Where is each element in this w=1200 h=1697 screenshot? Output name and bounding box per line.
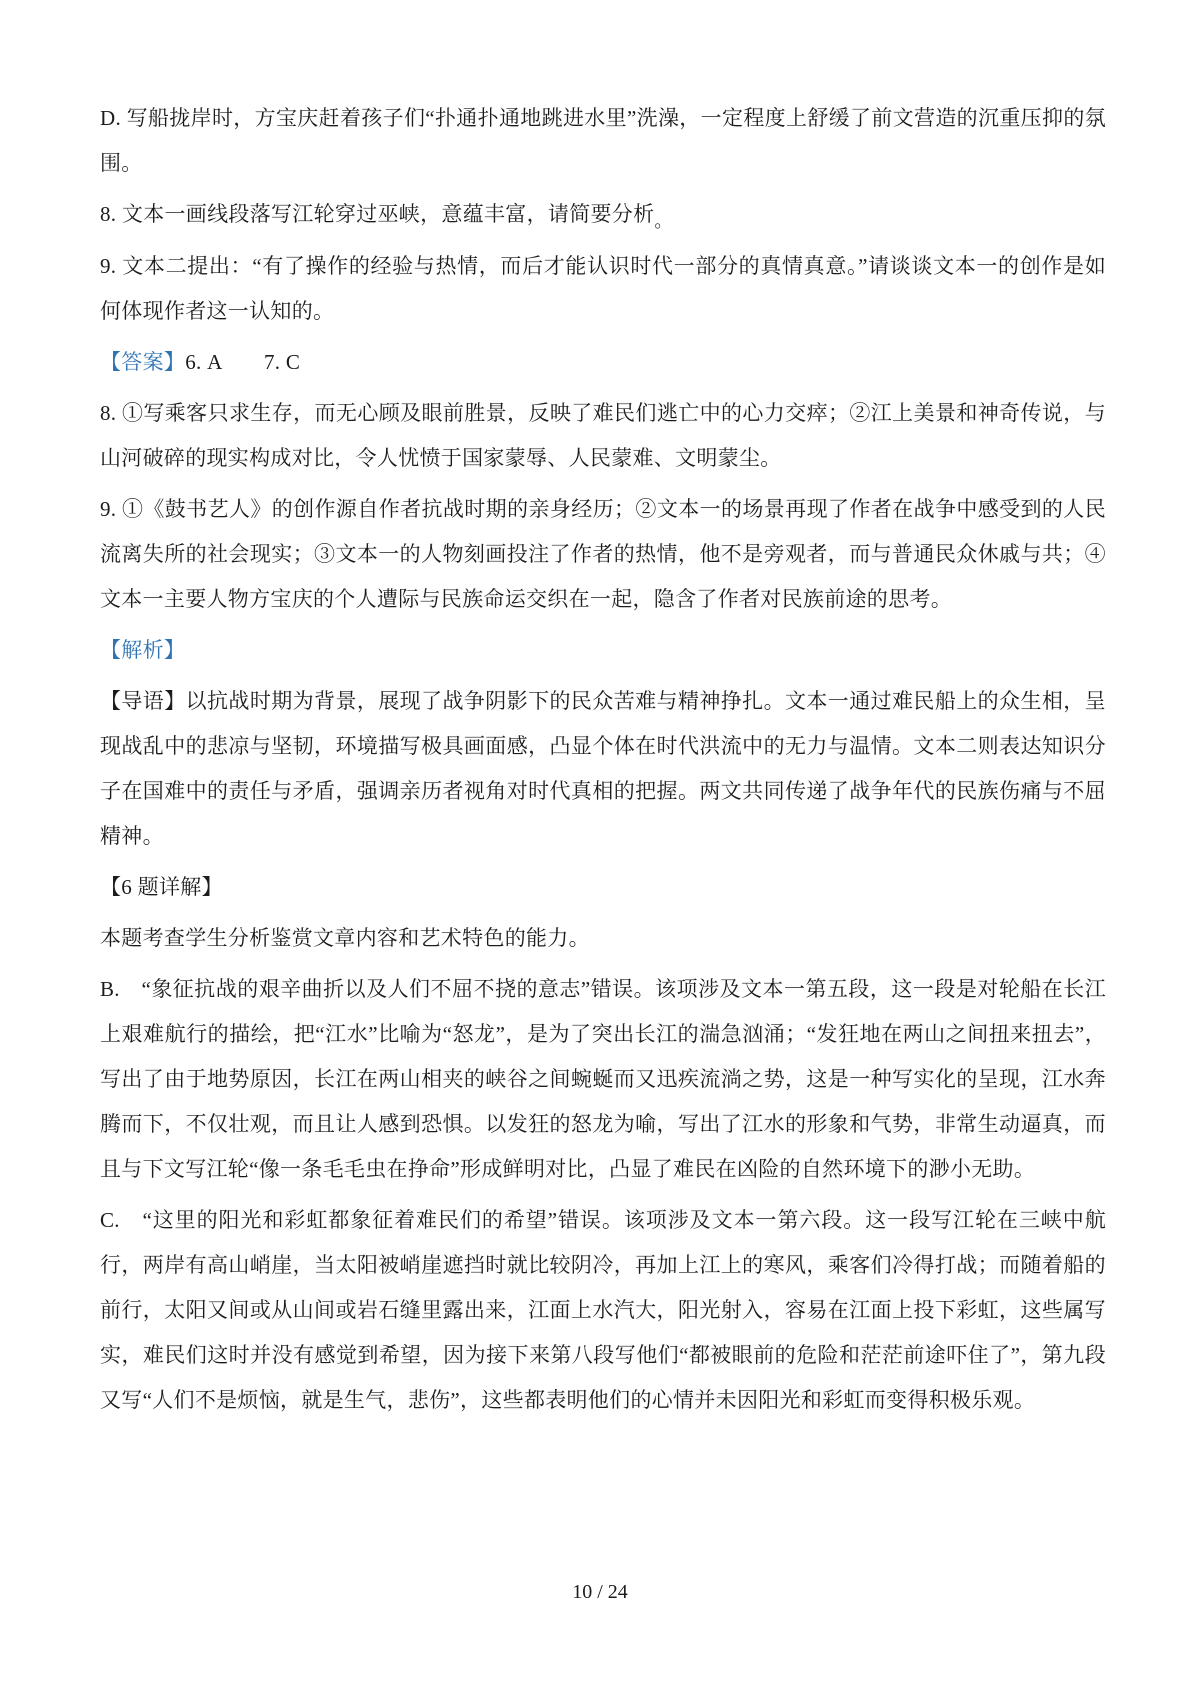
document-content: D. 写船拢岸时，方宝庆赶着孩子们“扑通扑通地跳进水里”洗澡，一定程度上舒缓了前… [100,96,1106,1423]
answer-9-text: 9. ①《鼓书艺人》的创作源自作者抗战时期的亲身经历；②文本一的场景再现了作者在… [100,497,1106,611]
q6-ability-paragraph: 本题考查学生分析鉴赏文章内容和艺术特色的能力。 [100,916,1106,961]
answer-paragraph: 【答案】6. A 7. C [100,340,1106,385]
q6-option-c-paragraph: C. “这里的阳光和彩虹都象征着难民们的希望”错误。该项涉及文本一第六段。这一段… [100,1198,1106,1423]
answer-label: 【答案】 [100,350,185,374]
document-page: D. 写船拢岸时，方宝庆赶着孩子们“扑通扑通地跳进水里”洗澡，一定程度上舒缓了前… [0,0,1200,1697]
question-8-period: 。 [654,199,672,244]
question-8-paragraph: 8. 文本一画线段落写江轮穿过巫峡，意蕴丰富，请简要分析。 [100,192,1106,238]
option-d-text: D. 写船拢岸时，方宝庆赶着孩子们“扑通扑通地跳进水里”洗澡，一定程度上舒缓了前… [100,106,1106,175]
question-9-paragraph: 9. 文本二提出：“有了操作的经验与热情，而后才能认识时代一部分的真情真意。”请… [100,244,1106,334]
overview-text: 【导语】以抗战时期为背景，展现了战争阴影下的民众苦难与精神挣扎。文本一通过难民船… [100,689,1106,848]
option-d-paragraph: D. 写船拢岸时，方宝庆赶着孩子们“扑通扑通地跳进水里”洗澡，一定程度上舒缓了前… [100,96,1106,186]
question-8-text: 8. 文本一画线段落写江轮穿过巫峡，意蕴丰富，请简要分析 [100,202,654,226]
analysis-label: 【解析】 [100,638,185,662]
answer-8-paragraph: 8. ①写乘客只求生存，而无心顾及眼前胜景，反映了难民们逃亡中的心力交瘁；②江上… [100,391,1106,481]
q6-detail-header-paragraph: 【6 题详解】 [100,865,1106,910]
analysis-header-paragraph: 【解析】 [100,628,1106,673]
q6-option-c-text: C. “这里的阳光和彩虹都象征着难民们的希望”错误。该项涉及文本一第六段。这一段… [100,1208,1106,1412]
q6-detail-header-text: 【6 题详解】 [100,875,223,899]
answer-8-text: 8. ①写乘客只求生存，而无心顾及眼前胜景，反映了难民们逃亡中的心力交瘁；②江上… [100,401,1106,470]
overview-paragraph: 【导语】以抗战时期为背景，展现了战争阴影下的民众苦难与精神挣扎。文本一通过难民船… [100,679,1106,859]
q6-option-b-paragraph: B. “象征抗战的艰辛曲折以及人们不屈不挠的意志”错误。该项涉及文本一第五段，这… [100,967,1106,1192]
answer-values: 6. A 7. C [185,350,300,374]
q6-option-b-text: B. “象征抗战的艰辛曲折以及人们不屈不挠的意志”错误。该项涉及文本一第五段，这… [100,977,1106,1181]
question-9-text: 9. 文本二提出：“有了操作的经验与热情，而后才能认识时代一部分的真情真意。”请… [100,254,1106,323]
answer-9-paragraph: 9. ①《鼓书艺人》的创作源自作者抗战时期的亲身经历；②文本一的场景再现了作者在… [100,487,1106,622]
page-number: 10 / 24 [0,1578,1200,1606]
q6-ability-text: 本题考查学生分析鉴赏文章内容和艺术特色的能力。 [100,926,590,950]
